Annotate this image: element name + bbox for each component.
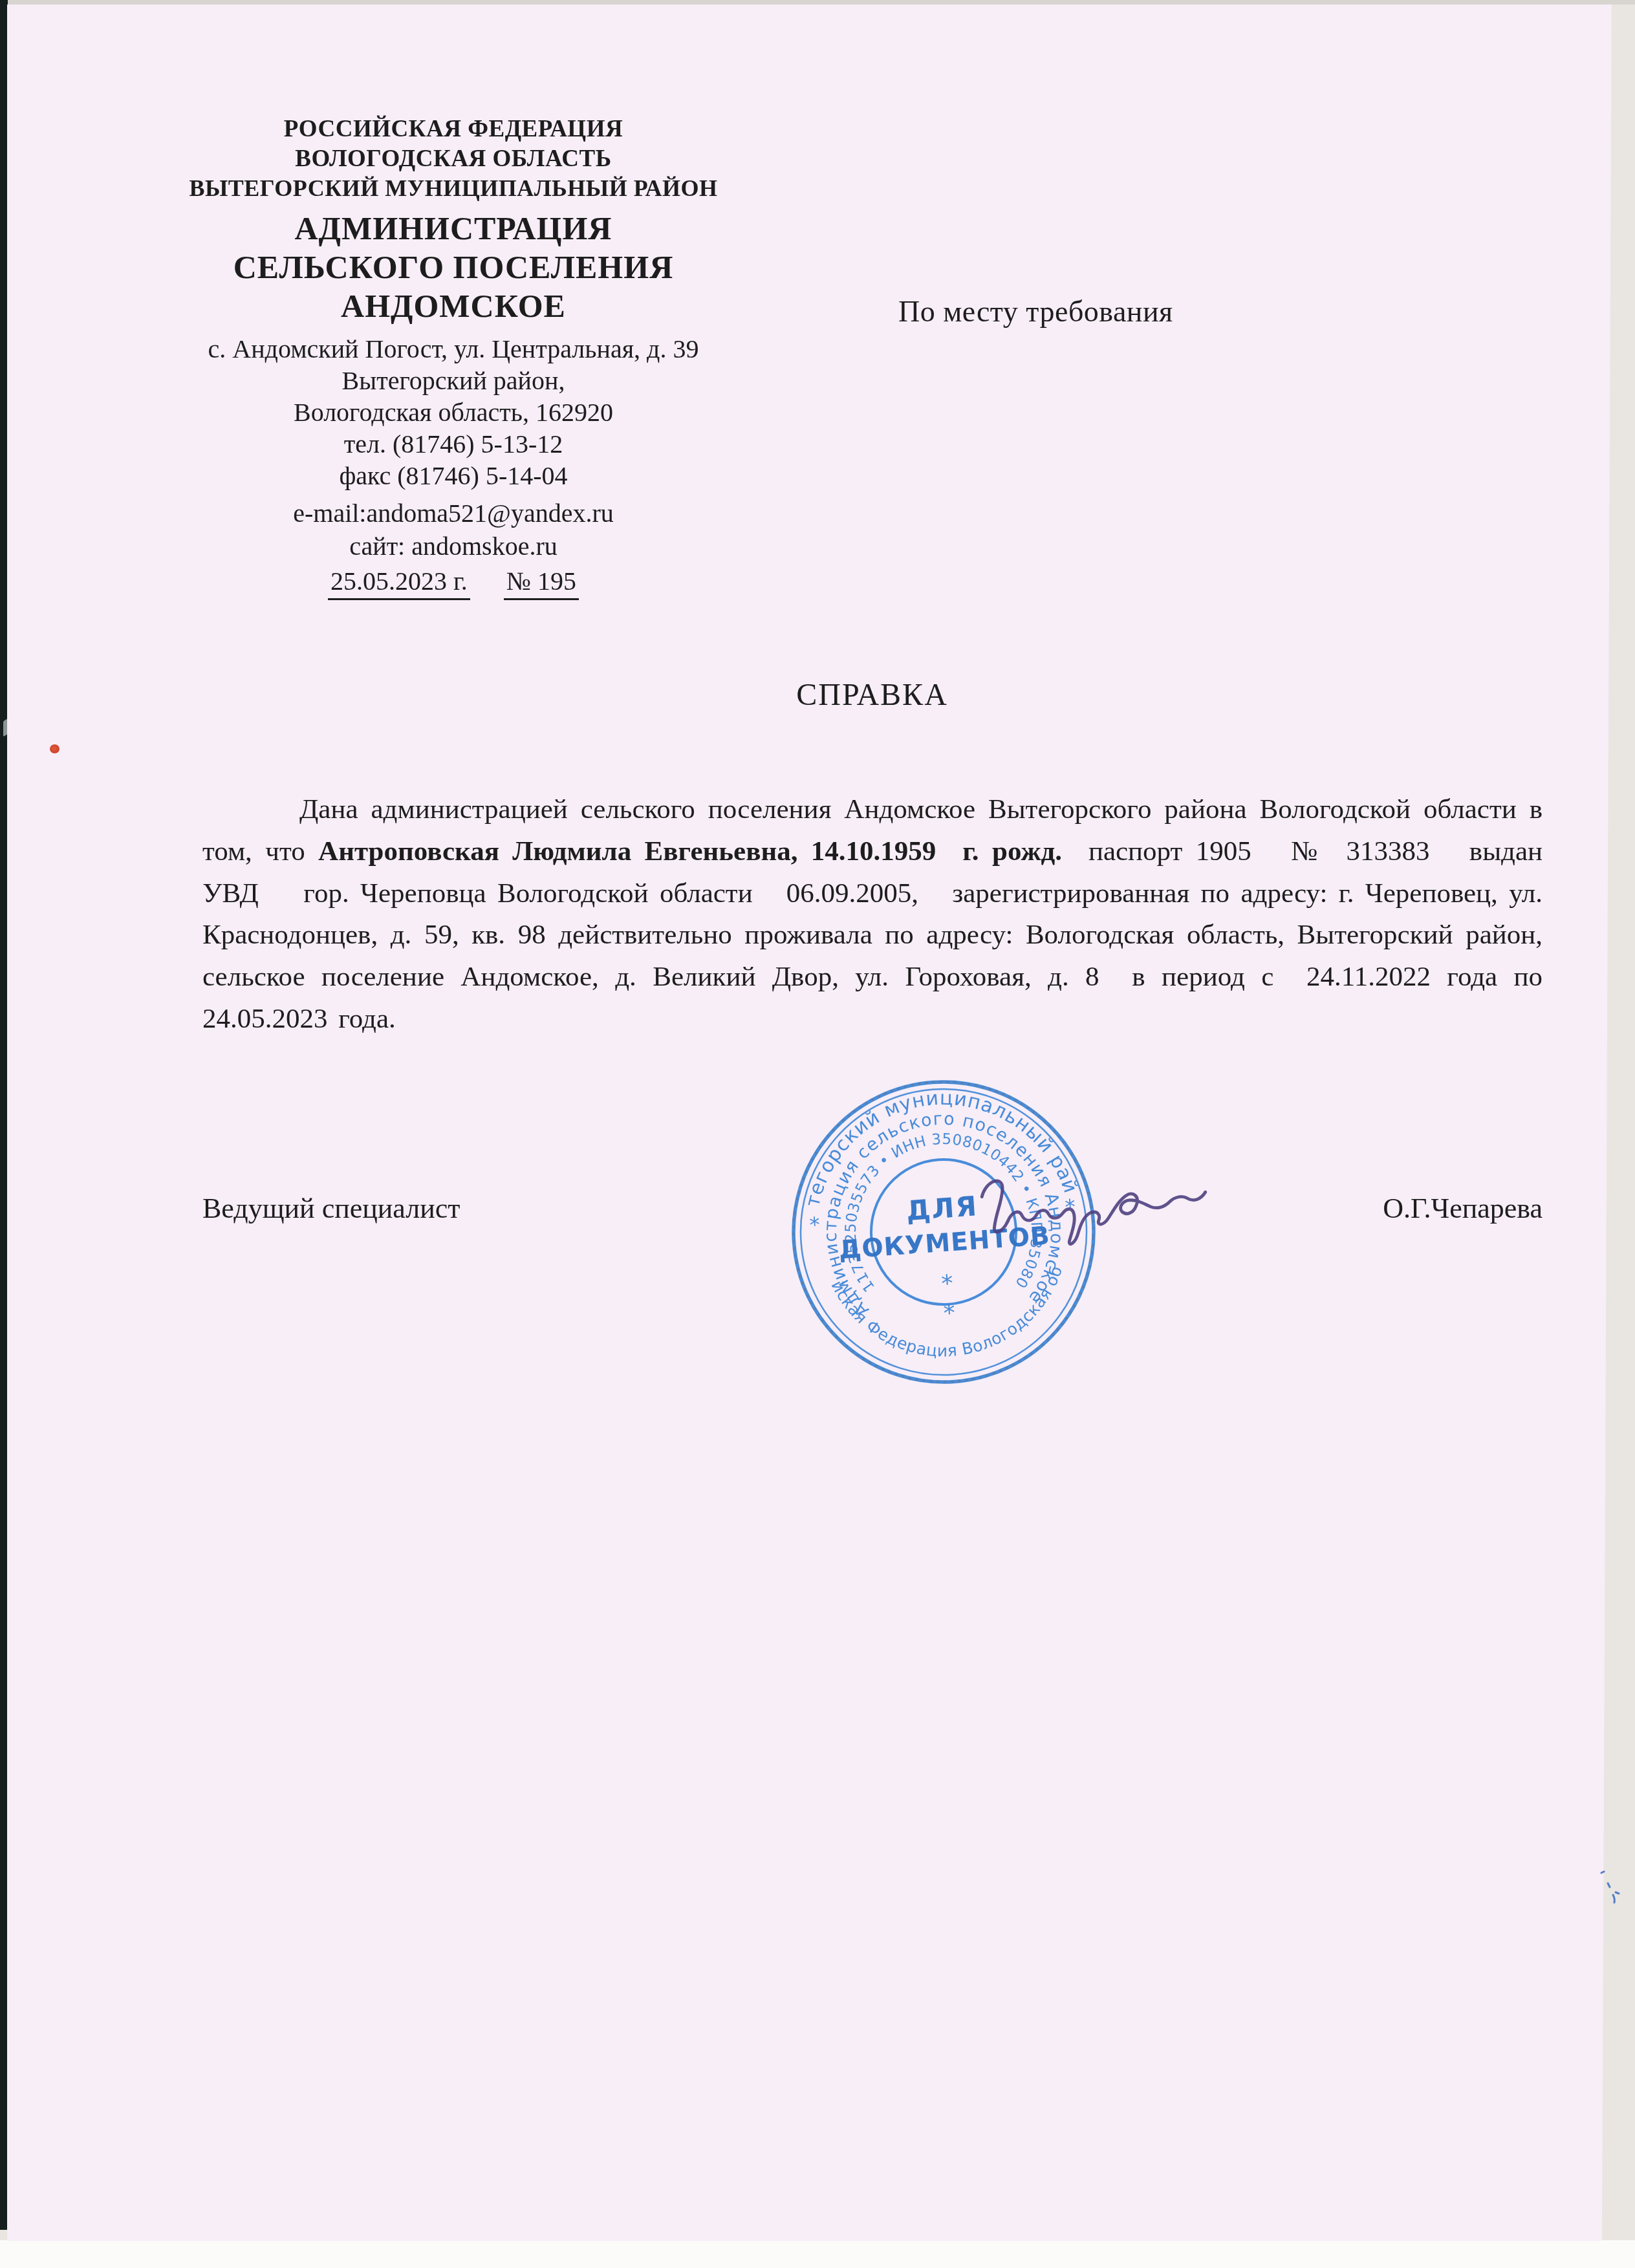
fax-line: факс (81746) 5-14-04 bbox=[72, 460, 835, 491]
recipient-line: По месту требования bbox=[898, 294, 1173, 329]
signature-main-stroke bbox=[1006, 1185, 1210, 1251]
org-line-2: СЕЛЬСКОГО ПОСЕЛЕНИЯ bbox=[72, 248, 835, 286]
document-number: № 195 bbox=[504, 566, 579, 600]
date-number-row: 25.05.2023 г. № 195 bbox=[72, 566, 835, 600]
letterhead-country: РОССИЙСКАЯ ФЕДЕРАЦИЯ bbox=[72, 114, 835, 144]
letterhead: РОССИЙСКАЯ ФЕДЕРАЦИЯ ВОЛОГОДСКАЯ ОБЛАСТЬ… bbox=[72, 114, 835, 600]
red-ink-speck bbox=[50, 744, 60, 753]
phone-line: тел. (81746) 5-13-12 bbox=[72, 428, 835, 460]
address-street: с. Андомский Погост, ул. Центральная, д.… bbox=[72, 333, 835, 365]
scanned-certificate-page: РОССИЙСКАЯ ФЕДЕРАЦИЯ ВОЛОГОДСКАЯ ОБЛАСТЬ… bbox=[0, 0, 1635, 2268]
scan-edge-top bbox=[0, 0, 1635, 5]
stamp-star-bottom-1-icon: * bbox=[940, 1270, 954, 1297]
stamp-star-left-icon: * bbox=[808, 1212, 821, 1237]
email-line: e-mail:andoma521@yandex.ru bbox=[72, 497, 835, 530]
stamp-star-bottom-2-icon: * bbox=[942, 1300, 956, 1327]
blue-ink-speck bbox=[1596, 1866, 1625, 1908]
address-district: Вытегорский район, bbox=[72, 365, 835, 396]
signatory-name: О.Г.Чепарева bbox=[1383, 1192, 1543, 1225]
document-date: 25.05.2023 г. bbox=[328, 566, 470, 600]
address-region: Вологодская область, 162920 bbox=[72, 396, 835, 428]
letterhead-region: ВОЛОГОДСКАЯ ОБЛАСТЬ bbox=[72, 144, 835, 174]
certificate-body-text: Дана администрацией сельского поселения … bbox=[202, 789, 1543, 1041]
org-line-1: АДМИНИСТРАЦИЯ bbox=[72, 209, 835, 248]
scan-edge-left bbox=[0, 0, 8, 2230]
scanner-background-bottom bbox=[0, 2240, 1635, 2268]
letterhead-organization: АДМИНИСТРАЦИЯ СЕЛЬСКОГО ПОСЕЛЕНИЯ АНДОМС… bbox=[72, 209, 835, 325]
website-line: сайт: andomskoe.ru bbox=[72, 530, 835, 562]
letterhead-district: ВЫТЕГОРСКИЙ МУНИЦИПАЛЬНЫЙ РАЙОН bbox=[72, 174, 835, 203]
paper-sheet: РОССИЙСКАЯ ФЕДЕРАЦИЯ ВОЛОГОДСКАЯ ОБЛАСТЬ… bbox=[7, 5, 1612, 2241]
stamp-center-line-1: ДЛЯ bbox=[905, 1190, 979, 1227]
signatory-position: Ведущий специалист bbox=[202, 1192, 460, 1225]
signature-initial-stroke bbox=[980, 1180, 1008, 1233]
document-title: СПРАВКА bbox=[201, 677, 1543, 713]
letterhead-address: с. Андомский Погост, ул. Центральная, д.… bbox=[72, 333, 835, 491]
org-line-3: АНДОМСКОЕ bbox=[72, 286, 835, 325]
